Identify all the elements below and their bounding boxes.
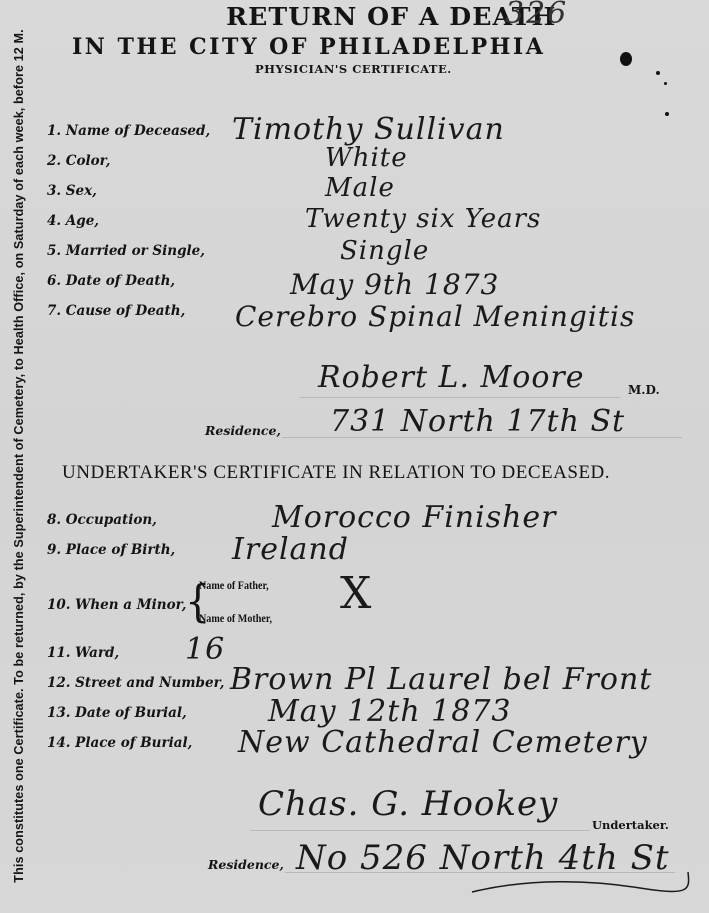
death-certificate-page: This constitutes one Certificate. To be … [0,0,709,913]
minor-mark: X [340,568,372,619]
signature-line [300,397,620,398]
field-value-place-of-burial: New Cathedral Cemetery [238,725,648,760]
field-label: 8. Occupation, [47,512,157,528]
record-number: 326 [505,0,568,31]
field-value-date-of-burial: May 12th 1873 [268,694,512,729]
physician-residence: 731 North 17th St [330,404,625,439]
field-label: 11. Ward, [47,645,119,661]
field-label: 14. Place of Burial, [47,735,192,751]
ink-dot [665,112,669,116]
field-value-street: Brown Pl Laurel bel Front [230,662,652,697]
field-label: 6. Date of Death, [47,273,175,289]
field-label: 9. Place of Birth, [47,542,175,558]
mother-label: Name of Mother, [199,613,272,625]
flourish-underline [470,870,695,900]
side-instructions: This constitutes one Certificate. To be … [0,0,38,913]
md-label: M.D. [628,383,660,397]
field-label: 10. When a Minor, [47,597,186,613]
field-value-ward: 16 [185,632,225,667]
father-label: Name of Father, [199,580,269,592]
physician-residence-label: Residence, [205,423,281,438]
side-instructions-text: This constitutes one Certificate. To be … [12,29,26,882]
field-value-name: Timothy Sullivan [232,112,505,147]
field-label: 13. Date of Burial, [47,705,187,721]
field-label: 3. Sex, [47,183,97,199]
signature-line [250,830,590,831]
ink-blot [620,52,632,66]
field-value-place-of-birth: Ireland [232,532,349,567]
undertaker-label: Undertaker. [592,818,669,832]
document-subtitle: IN THE CITY OF PHILADELPHIA [72,34,545,60]
field-value-occupation: Morocco Finisher [272,500,557,535]
field-label: 4. Age, [47,213,99,229]
field-value-cause-of-death: Cerebro Spinal Meningitis [235,300,635,333]
ink-dot [656,71,660,75]
field-label: 5. Married or Single, [47,243,205,259]
field-value-age: Twenty six Years [305,204,541,234]
ink-dot [664,82,667,85]
undertaker-residence-label: Residence, [208,857,284,872]
field-label: 7. Cause of Death, [47,303,185,319]
document-title: RETURN OF A DEATH [0,2,709,31]
physician-signature: Robert L. Moore [318,360,584,395]
undertaker-signature: Chas. G. Hookey [258,784,558,824]
field-label: 2. Color, [47,153,111,169]
field-value-color: White [325,143,408,173]
undertaker-heading: UNDERTAKER'S CERTIFICATE IN RELATION TO … [62,462,610,484]
field-label: 12. Street and Number, [47,675,224,691]
field-value-date-of-death: May 9th 1873 [290,268,499,301]
field-label: 1. Name of Deceased, [47,123,210,139]
physician-heading: PHYSICIAN'S CERTIFICATE. [255,62,452,76]
field-value-marital-status: Single [340,236,429,266]
field-value-sex: Male [325,173,395,203]
